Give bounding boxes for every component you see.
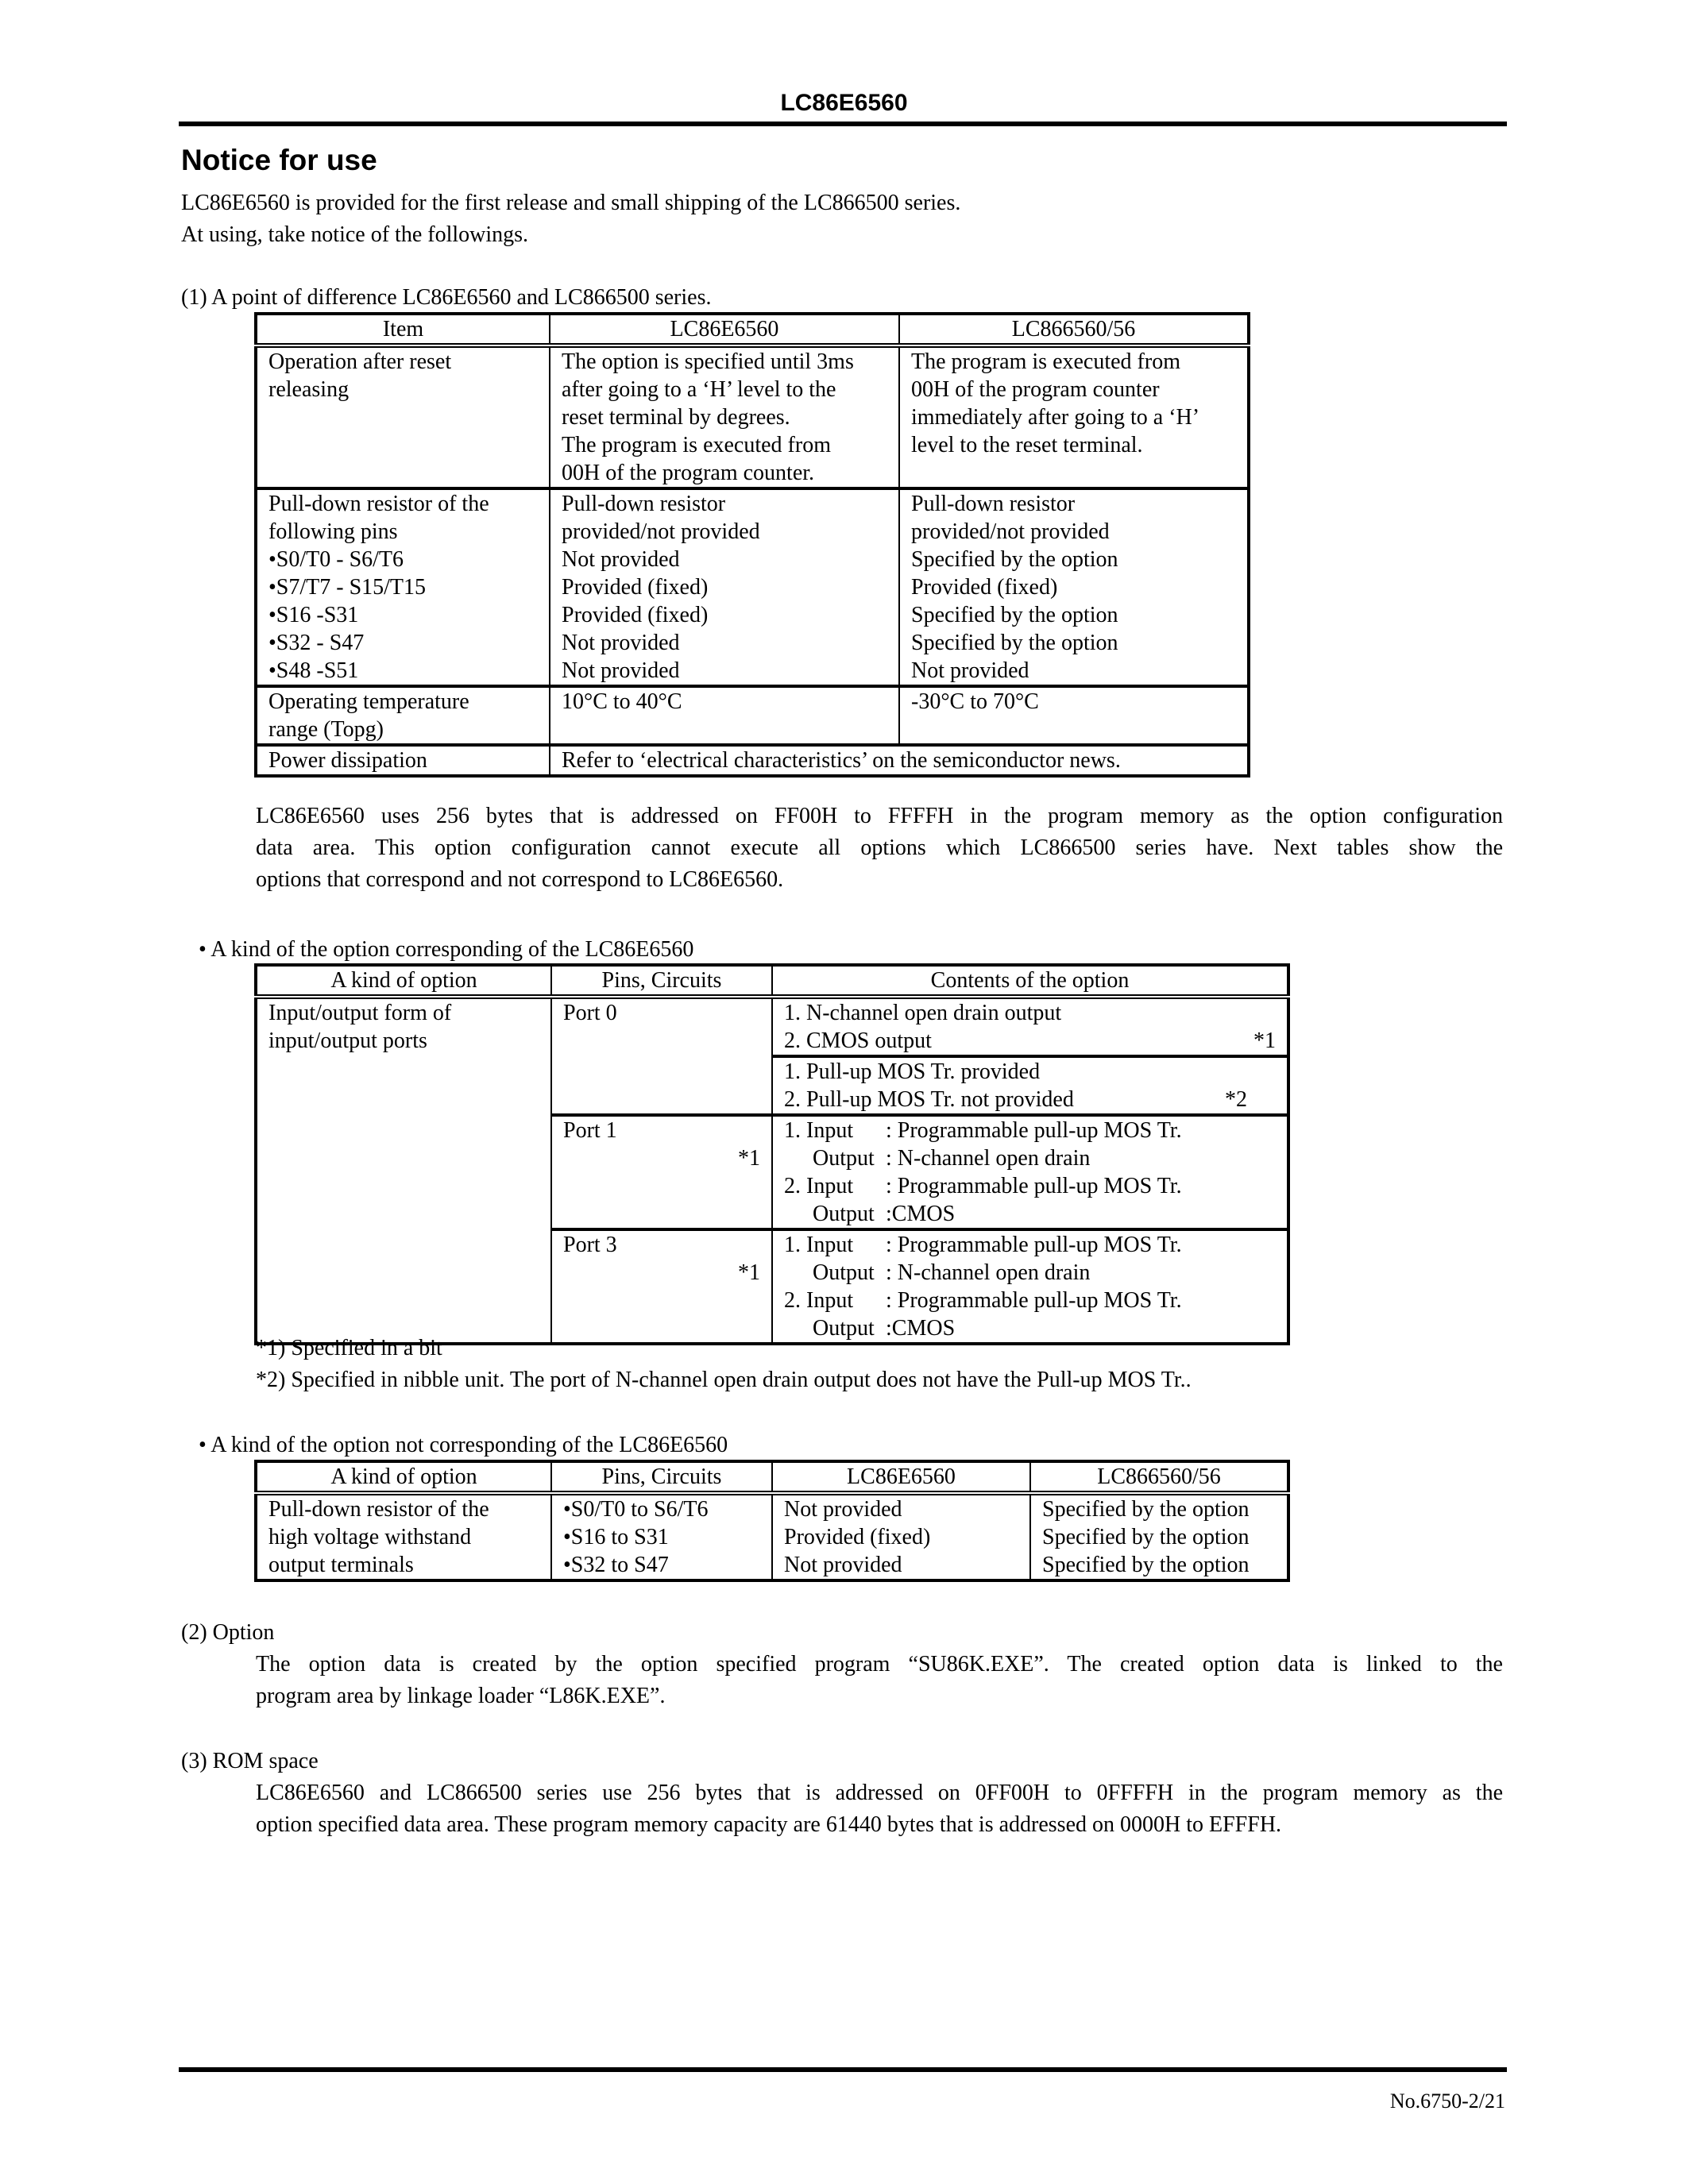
port3-options: 1. Input: Programmable pull-up MOS Tr. O… (772, 1229, 1288, 1344)
item-cell: Operation after resetreleasing (256, 345, 550, 488)
cell-line: Specified by the option (911, 601, 1236, 629)
footnote-2: *2) Specified in nibble unit. The port o… (256, 1366, 1192, 1394)
cell-line: The option is specified until 3ms (562, 348, 887, 376)
cell-line: The program is executed from (562, 431, 887, 459)
option-config-paragraph: LC86E6560 uses 256 bytes that is address… (256, 802, 1503, 893)
cell-line: •S0/T0 - S6/T6 (268, 546, 538, 573)
footnote-1: *1) Specified in a bit (256, 1334, 442, 1362)
column-header: LC86E6560 (550, 314, 899, 345)
item-cell: Power dissipation (256, 745, 550, 776)
lc86e6560-cell: The option is specified until 3msafter g… (550, 345, 899, 488)
intro-line-2: At using, take notice of the followings. (181, 221, 528, 249)
option-line: 1. N-channel open drain output (784, 999, 1276, 1027)
cell-line: Pull-down resistor of the (268, 490, 538, 518)
cell-line: Not provided (784, 1495, 1018, 1523)
lc86e6560-cell: Not providedProvided (fixed)Not provided (772, 1493, 1030, 1580)
table-row: Pull-down resistor of thehigh voltage wi… (256, 1493, 1288, 1580)
section3-heading: (3) ROM space (181, 1747, 319, 1775)
column-header: Pins, Circuits (551, 965, 772, 997)
option-line: 2. CMOS output *1 (784, 1027, 1276, 1055)
table-header-row: A kind of option Pins, Circuits LC86E656… (256, 1461, 1288, 1493)
lc86e6560-cell: Pull-down resistorprovided/not providedN… (550, 488, 899, 686)
cell-line: Not provided (562, 657, 887, 685)
power-dissipation-cell: Refer to ‘electrical characteristics’ on… (550, 745, 1249, 776)
cell-line: •S48 -S51 (268, 657, 538, 685)
header-rule (179, 122, 1507, 126)
kind-cell: Input/output form ofinput/output ports (256, 997, 551, 1344)
option-label: Output (784, 1200, 886, 1228)
cell-line: Provided (fixed) (911, 573, 1236, 601)
cell-line: •S32 to S47 (563, 1551, 760, 1579)
table-header-row: Item LC86E6560 LC866560/56 (256, 314, 1249, 345)
lc866560-cell: -30°C to 70°C (899, 686, 1249, 745)
cell-line: Pull-down resistor (911, 490, 1236, 518)
port0-cell: Port 0 (551, 997, 772, 1115)
footnote-ref: *1 (563, 1144, 760, 1172)
cell-line: immediately after going to a ‘H’ (911, 403, 1236, 431)
not-corresponding-options-table: A kind of option Pins, Circuits LC86E656… (254, 1460, 1290, 1582)
table-header-row: A kind of option Pins, Circuits Contents… (256, 965, 1288, 997)
column-header: Item (256, 314, 550, 345)
cell-line: output terminals (268, 1551, 539, 1579)
option-label: Output (784, 1314, 886, 1342)
cell-line: input/output ports (268, 1027, 539, 1055)
cell-line: Provided (fixed) (562, 601, 887, 629)
cell-line: •S0/T0 to S6/T6 (563, 1495, 760, 1523)
cell-line: Operating temperature (268, 688, 538, 716)
cell-line: reset terminal by degrees. (562, 403, 887, 431)
lc866560-cell: Pull-down resistorprovided/not providedS… (899, 488, 1249, 686)
pins-cell: •S0/T0 to S6/T6•S16 to S31•S32 to S47 (551, 1493, 772, 1580)
paragraph-line: LC86E6560 and LC866500 series use 256 by… (256, 1779, 1503, 1807)
cell-line: Operation after reset (268, 348, 538, 376)
column-header: A kind of option (256, 1461, 551, 1493)
cell-line: •S16 -S31 (268, 601, 538, 629)
option-value: :CMOS (886, 1314, 955, 1342)
column-header: A kind of option (256, 965, 551, 997)
cell-line: Specified by the option (1042, 1523, 1276, 1551)
cell-line: Not provided (911, 657, 1236, 685)
corresponding-heading: • A kind of the option corresponding of … (199, 936, 693, 963)
option-label: 2. Input (784, 1172, 886, 1200)
cell-line: Not provided (784, 1551, 1018, 1579)
table-row: Operating temperaturerange (Topg) 10°C t… (256, 686, 1249, 745)
section2-heading: (2) Option (181, 1619, 274, 1646)
lc866560-cell: Specified by the optionSpecified by the … (1030, 1493, 1288, 1580)
paragraph-line: data area. This option configuration can… (256, 834, 1503, 862)
column-header: Contents of the option (772, 965, 1288, 997)
option-label: 1. Input (784, 1117, 886, 1144)
cell-line: level to the reset terminal. (911, 431, 1236, 459)
table-row: Pull-down resistor of thefollowing pins•… (256, 488, 1249, 686)
table-row: Operation after resetreleasing The optio… (256, 345, 1249, 488)
section2-paragraph: The option data is created by the option… (256, 1650, 1503, 1710)
cell-line: Not provided (562, 629, 887, 657)
table-row: Power dissipation Refer to ‘electrical c… (256, 745, 1249, 776)
option-text: 2. CMOS output (784, 1027, 932, 1055)
port1-options: 1. Input: Programmable pull-up MOS Tr. O… (772, 1115, 1288, 1229)
port1-cell: Port 1 *1 (551, 1115, 772, 1229)
cell-line: 00H of the program counter. (562, 459, 887, 487)
column-header: Pins, Circuits (551, 1461, 772, 1493)
section1-heading: (1) A point of difference LC86E6560 and … (181, 284, 711, 311)
cell-line: provided/not provided (562, 518, 887, 546)
cell-line: Specified by the option (911, 546, 1236, 573)
paragraph-line: option specified data area. These progra… (256, 1811, 1503, 1839)
port0-pullup-options: 1. Pull-up MOS Tr. provided 2. Pull-up M… (772, 1056, 1288, 1115)
option-text: 2. Pull-up MOS Tr. not provided (784, 1086, 1074, 1113)
footnote-ref: *1 (1253, 1027, 1276, 1055)
port0-output-options: 1. N-channel open drain output 2. CMOS o… (772, 997, 1288, 1056)
cell-line: after going to a ‘H’ level to the (562, 376, 887, 403)
port-name: Port 3 (563, 1231, 760, 1259)
corresponding-options-table: A kind of option Pins, Circuits Contents… (254, 963, 1290, 1345)
column-header: LC866560/56 (899, 314, 1249, 345)
column-header: LC866560/56 (1030, 1461, 1288, 1493)
paragraph-line: The option data is created by the option… (256, 1650, 1503, 1678)
option-value: : N-channel open drain (886, 1144, 1090, 1172)
option-line: 2. Pull-up MOS Tr. not provided *2 (784, 1086, 1276, 1113)
lc866560-cell: The program is executed from00H of the p… (899, 345, 1249, 488)
cell-line: •S32 - S47 (268, 629, 538, 657)
option-label: Output (784, 1144, 886, 1172)
cell-line: Specified by the option (911, 629, 1236, 657)
item-cell: Operating temperaturerange (Topg) (256, 686, 550, 745)
option-value: : Programmable pull-up MOS Tr. (886, 1231, 1182, 1259)
difference-table: Item LC86E6560 LC866560/56 Operation aft… (254, 312, 1250, 778)
cell-line: Not provided (562, 546, 887, 573)
option-value: : N-channel open drain (886, 1259, 1090, 1287)
port-name: Port 1 (563, 1117, 760, 1144)
option-label: Output (784, 1259, 886, 1287)
table-row: Input/output form ofinput/output ports P… (256, 997, 1288, 1056)
cell-line: Input/output form of (268, 999, 539, 1027)
paragraph-line: program area by linkage loader “L86K.EXE… (256, 1682, 1503, 1710)
cell-line: Pull-down resistor of the (268, 1495, 539, 1523)
option-label: 1. Input (784, 1231, 886, 1259)
option-value: : Programmable pull-up MOS Tr. (886, 1117, 1182, 1144)
cell-line: range (Topg) (268, 716, 538, 743)
paragraph-line: LC86E6560 uses 256 bytes that is address… (256, 802, 1503, 830)
option-label: 2. Input (784, 1287, 886, 1314)
cell-line: following pins (268, 518, 538, 546)
section3-paragraph: LC86E6560 and LC866500 series use 256 by… (256, 1779, 1503, 1839)
lc86e6560-cell: 10°C to 40°C (550, 686, 899, 745)
footer-rule (179, 2067, 1507, 2072)
cell-line: high voltage withstand (268, 1523, 539, 1551)
cell-line: Pull-down resistor (562, 490, 887, 518)
cell-line: -30°C to 70°C (911, 688, 1236, 716)
document-header-part-number: LC86E6560 (0, 89, 1688, 118)
cell-line: Specified by the option (1042, 1551, 1276, 1579)
cell-line: •S16 to S31 (563, 1523, 760, 1551)
option-value: : Programmable pull-up MOS Tr. (886, 1172, 1182, 1200)
cell-line: Specified by the option (1042, 1495, 1276, 1523)
column-header: LC86E6560 (772, 1461, 1030, 1493)
not-corresponding-heading: • A kind of the option not corresponding… (199, 1431, 728, 1459)
cell-line: provided/not provided (911, 518, 1236, 546)
port3-cell: Port 3 *1 (551, 1229, 772, 1344)
paragraph-line: options that correspond and not correspo… (256, 866, 1503, 893)
cell-line: •S7/T7 - S15/T15 (268, 573, 538, 601)
page-title: Notice for use (181, 143, 377, 178)
cell-line: The program is executed from (911, 348, 1236, 376)
page-number: No.6750-2/21 (1390, 2087, 1505, 2115)
kind-cell: Pull-down resistor of thehigh voltage wi… (256, 1493, 551, 1580)
option-value: : Programmable pull-up MOS Tr. (886, 1287, 1182, 1314)
cell-line: Provided (fixed) (562, 573, 887, 601)
cell-line: Provided (fixed) (784, 1523, 1018, 1551)
cell-line: 00H of the program counter (911, 376, 1236, 403)
intro-line-1: LC86E6560 is provided for the first rele… (181, 189, 960, 217)
footnote-ref: *1 (563, 1259, 760, 1287)
cell-line: releasing (268, 376, 538, 403)
option-line: 1. Pull-up MOS Tr. provided (784, 1058, 1276, 1086)
option-value: :CMOS (886, 1200, 955, 1228)
item-cell: Pull-down resistor of thefollowing pins•… (256, 488, 550, 686)
cell-line: 10°C to 40°C (562, 688, 887, 716)
footnote-ref: *2 (1225, 1086, 1247, 1113)
